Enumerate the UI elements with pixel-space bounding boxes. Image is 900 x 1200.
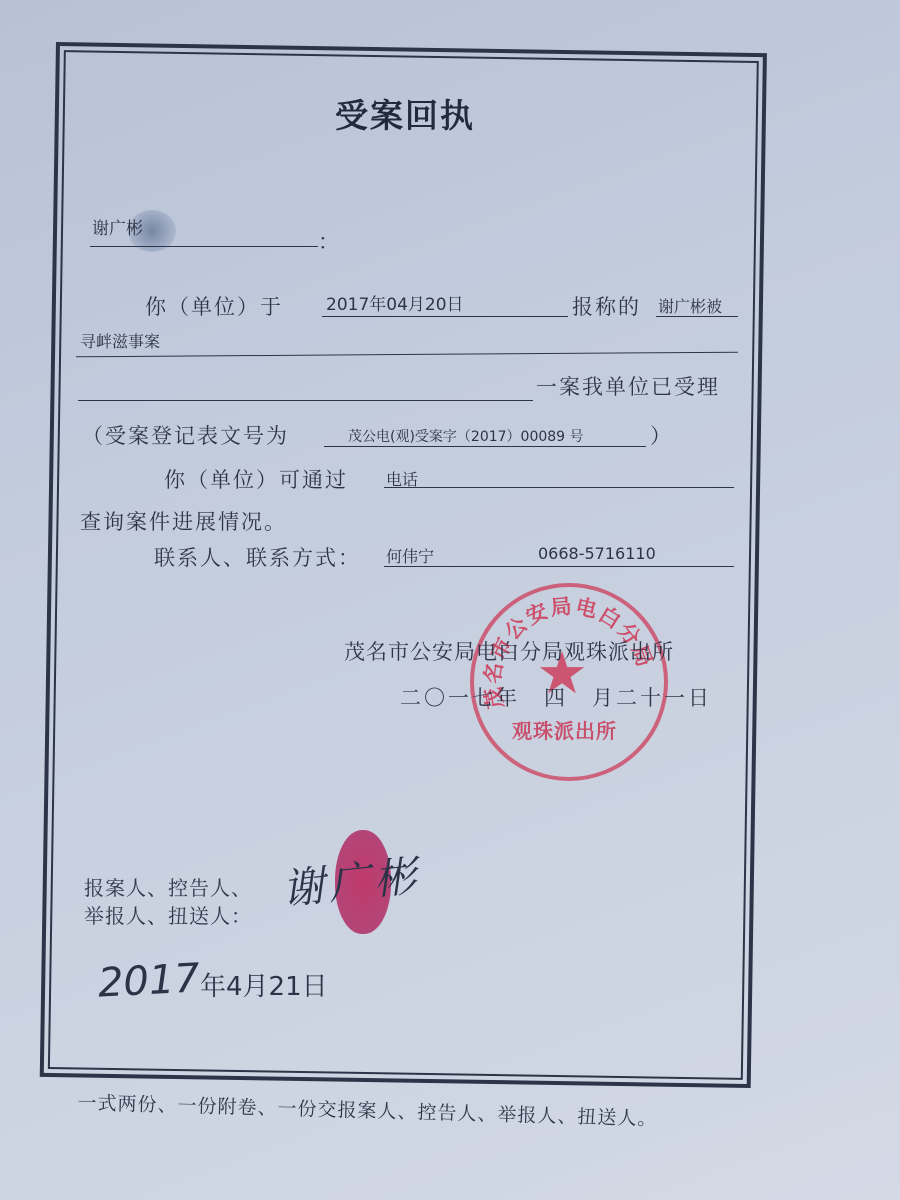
contact-phone: 0668-5716110 xyxy=(538,544,656,563)
report-date-underline xyxy=(322,316,568,317)
footer-note: 一式两份、一份附卷、一份交报案人、控告人、举报人、扭送人。 xyxy=(77,1088,658,1131)
file-number: 茂公电(观)受案字（2017）00089 号 xyxy=(348,426,584,446)
signer-label-line1: 报案人、控告人、 xyxy=(84,872,252,901)
case-description-part1: 谢广彬被 xyxy=(658,294,722,317)
report-prefix: 你（单位）于 xyxy=(145,291,283,321)
report-date: 2017年04月20日 xyxy=(326,290,464,315)
case-desc-underline-1 xyxy=(656,316,738,317)
file-number-suffix: ） xyxy=(650,420,673,450)
document-title: 受案回执 xyxy=(335,90,475,137)
seal-bottom-text: 观珠派出所 xyxy=(512,715,617,744)
file-number-underline xyxy=(324,446,646,447)
contact-underline xyxy=(384,566,734,567)
inquiry-text: 查询案件进展情况。 xyxy=(80,506,287,536)
recipient-name: 谢广彬 xyxy=(92,214,143,239)
contact-label: 联系人、联系方式： xyxy=(154,542,361,572)
accepted-statement: 一案我单位已受理 xyxy=(536,371,720,401)
issuing-authority: 茂名市公安局电白分局观珠派出所 xyxy=(344,636,674,666)
handwritten-year: 2017 xyxy=(97,955,201,1006)
inquiry-prefix: 你（单位）可通过 xyxy=(164,464,348,494)
report-mid: 报称的 xyxy=(572,291,641,321)
inquiry-method-underline xyxy=(384,487,734,488)
signer-label-line2: 举报人、扭送人： xyxy=(84,900,252,929)
issue-date: 二〇一七年 四 月二十一日 xyxy=(400,682,712,712)
recipient-colon: ： xyxy=(318,226,341,256)
case-description-part2: 寻衅滋事案 xyxy=(80,329,160,352)
handwritten-date: 年4月21日 xyxy=(200,966,328,1003)
file-number-prefix: （受案登记表文号为 xyxy=(82,420,289,450)
contact-name: 何伟宁 xyxy=(386,544,434,567)
recipient-underline xyxy=(90,246,318,247)
case-desc-underline-3 xyxy=(78,400,533,401)
